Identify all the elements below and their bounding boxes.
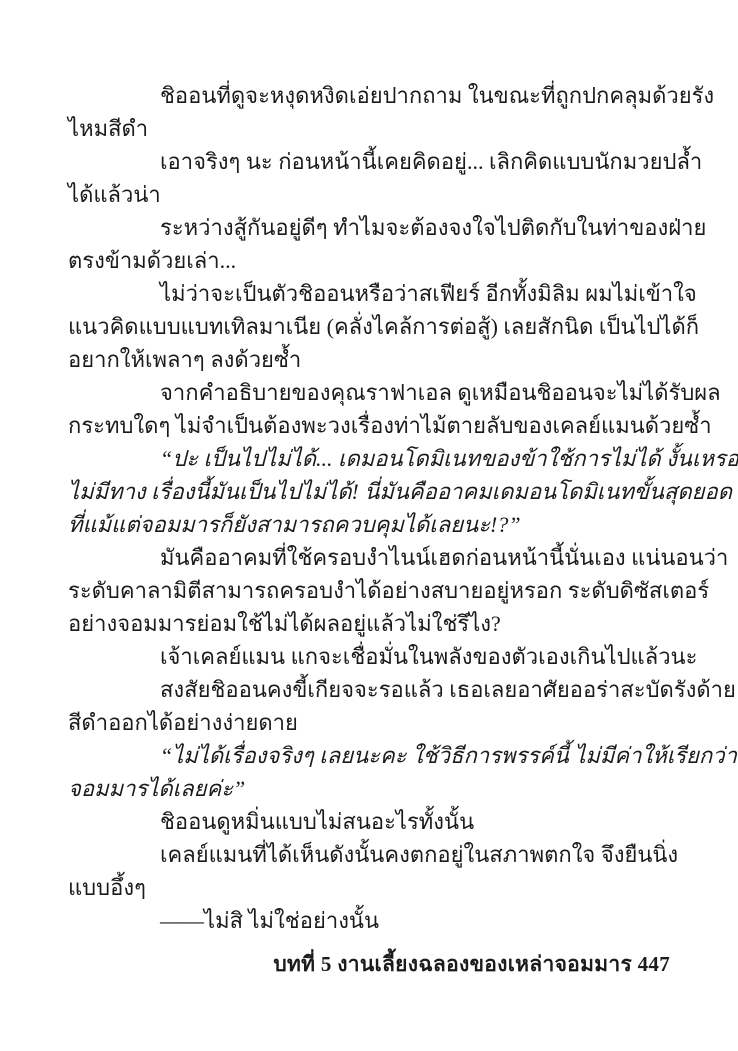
- text-line: ไม่ว่าจะเป็นตัวชิออนหรือว่าสเฟียร์ อีกทั…: [68, 277, 672, 310]
- book-page: ชิออนที่ดูจะหงุดหงิดเอ่ยปากถาม ในขณะที่ถ…: [0, 0, 738, 1051]
- body-text: ชิออนที่ดูจะหงุดหงิดเอ่ยปากถาม ในขณะที่ถ…: [68, 79, 672, 937]
- text-line: ชิออนดูหมิ่นแบบไม่สนอะไรทั้งนั้น: [68, 805, 672, 838]
- text-line: เอาจริงๆ นะ ก่อนหน้านี้เคยคิดอยู่... เลิ…: [68, 145, 672, 178]
- text-line: มันคืออาคมที่ใช้ครอบงำไนน์เฮดก่อนหน้านี้…: [68, 541, 672, 574]
- text-line: ไม่มีทาง เรื่องนี้มันเป็นไปไม่ได้! นี่มั…: [68, 475, 672, 508]
- page-footer: บทที่ 5 งานเลี้ยงฉลองของเหล่าจอมมาร 447: [273, 948, 670, 981]
- text-line: ระหว่างสู้กันอยู่ดีๆ ทำไมจะต้องจงใจไปติด…: [68, 211, 672, 244]
- text-line: ได้แล้วน่า: [68, 178, 672, 211]
- text-line: แนวคิดแบบแบทเทิลมาเนีย (คลั่งไคล้การต่อส…: [68, 310, 672, 343]
- text-line: อย่างจอมมารย่อมใช้ไม่ได้ผลอยู่แล้วไม่ใช่…: [68, 607, 672, 640]
- text-line: ตรงข้ามด้วยเล่า...: [68, 244, 672, 277]
- text-line: เคลย์แมนที่ได้เห็นดังนั้นคงตกอยู่ในสภาพต…: [68, 838, 672, 871]
- text-line: จอมมารได้เลยค่ะ”: [68, 772, 672, 805]
- text-line: ไหมสีดำ: [68, 112, 672, 145]
- running-footer-text: บทที่ 5 งานเลี้ยงฉลองของเหล่าจอมมาร 447: [273, 952, 670, 976]
- text-line: “ไม่ได้เรื่องจริงๆ เลยนะคะ ใช้วิธีการพรร…: [68, 739, 672, 772]
- text-line: อยากให้เพลาๆ ลงด้วยซ้ำ: [68, 343, 672, 376]
- text-line: สงสัยชิออนคงขี้เกียจจะรอแล้ว เธอเลยอาศัย…: [68, 673, 672, 706]
- text-line: เจ้าเคลย์แมน แกจะเชื่อมั่นในพลังของตัวเอ…: [68, 640, 672, 673]
- text-line: ที่แม้แต่จอมมารก็ยังสามารถควบคุมได้เลยนะ…: [68, 508, 672, 541]
- text-line: ——ไม่สิ ไม่ใช่อย่างนั้น: [68, 904, 672, 937]
- text-line: แบบอึ้งๆ: [68, 871, 672, 904]
- text-line: ชิออนที่ดูจะหงุดหงิดเอ่ยปากถาม ในขณะที่ถ…: [68, 79, 672, 112]
- text-line: จากคำอธิบายของคุณราฟาเอล ดูเหมือนชิออนจะ…: [68, 376, 672, 409]
- text-line: กระทบใดๆ ไม่จำเป็นต้องพะวงเรื่องท่าไม้ตา…: [68, 409, 672, 442]
- text-line: “ปะ เป็นไปไม่ได้... เดมอนโดมิเนทของข้าใช…: [68, 442, 672, 475]
- text-line: สีดำออกได้อย่างง่ายดาย: [68, 706, 672, 739]
- text-line: ระดับคาลามิตีสามารถครอบงำได้อย่างสบายอยู…: [68, 574, 672, 607]
